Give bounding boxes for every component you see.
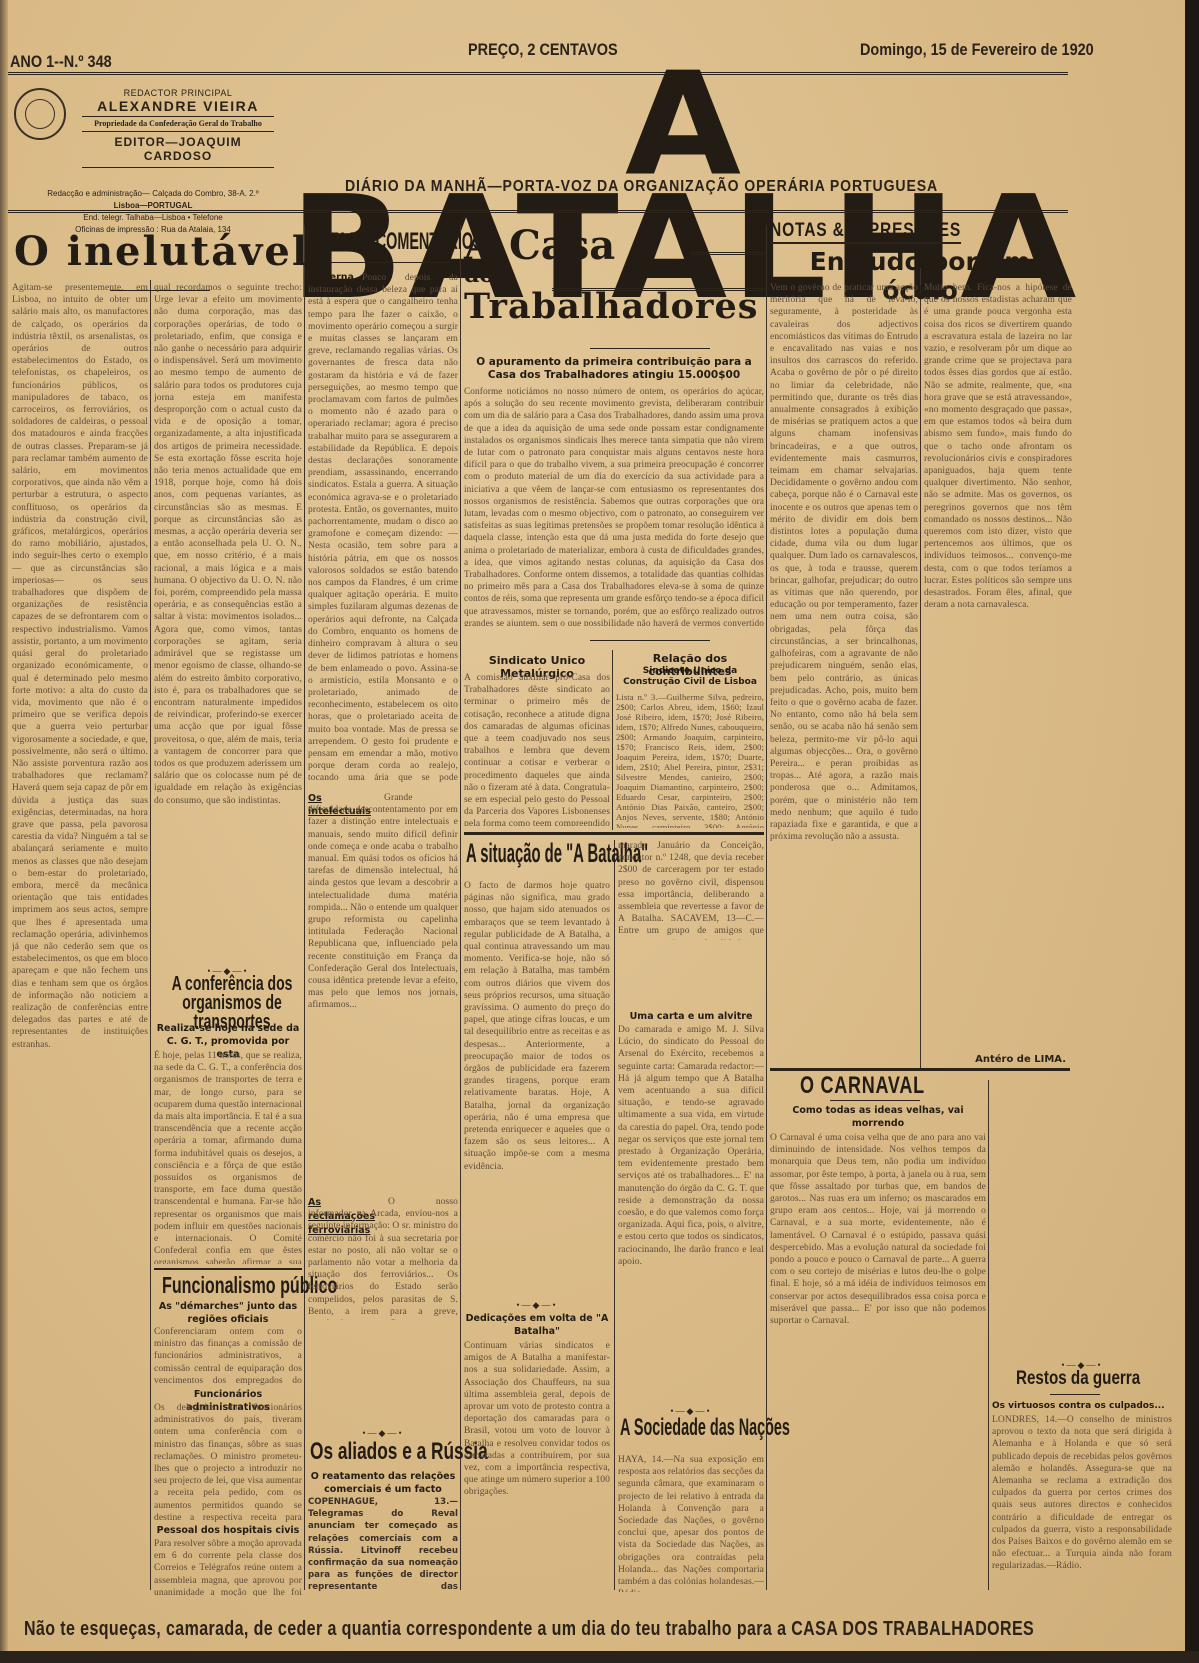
article-body: Continuam várias sindicatos e amigos de … — [464, 1340, 610, 1592]
subhead: O reatamento das relações comerciais é u… — [308, 1470, 458, 1496]
page-bottom-edge — [0, 1651, 1199, 1663]
divider — [590, 348, 710, 349]
page-right-edge — [1185, 0, 1199, 1663]
newspaper-subtitle: DIÁRIO DA MANHÃ—PORTA-VOZ DA ORGANIZAÇÃO… — [345, 178, 979, 196]
divider — [830, 1100, 920, 1101]
address-line: End. telegr. Talhaba—Lisboa • Telefone — [28, 212, 278, 224]
article-body: Para resolver sôbre a moção aprovada em … — [154, 1538, 302, 1596]
column-rule — [612, 650, 613, 830]
article-body: O Carnaval é uma coisa velha que de ano … — [770, 1132, 986, 1592]
redactor-label: REDACTOR PRINCIPAL — [82, 88, 274, 98]
price: PREÇO, 2 CENTAVOS — [468, 40, 618, 60]
headline: Os aliados e a Rússia — [310, 1438, 488, 1466]
cgt-seal-icon — [14, 88, 66, 140]
section-title: NOTAS & IMPRESSÕES — [770, 220, 961, 244]
divider — [1050, 1394, 1100, 1395]
redactor-name: ALEXANDRE VIEIRA — [82, 98, 274, 117]
masthead-bottom-rule — [8, 210, 1068, 213]
column-rule — [988, 1080, 989, 1590]
divider — [464, 832, 764, 835]
subhead: Os virtuosos contra os culpados... — [992, 1400, 1172, 1413]
headline: O CARNAVAL — [800, 1072, 925, 1100]
column-rule — [150, 280, 151, 1590]
article-body: É hoje, pelas 11 horas, que se realiza, … — [154, 1050, 302, 1264]
author-signature: Antéro de LIMA. — [924, 1054, 1066, 1065]
article-body: O nosso informador na Arcada, enviou-nos… — [308, 1196, 458, 1320]
address-line: Redacção e administração— Calçada do Com… — [28, 188, 278, 200]
subhead: As "démarches" junto das regiões oficiai… — [154, 1300, 302, 1326]
column-rule — [920, 268, 921, 1068]
column-rule — [614, 840, 615, 1590]
contributor-list: Lista n.º 3.—Guilherme Silva, pedreiro, … — [616, 692, 764, 828]
section-title: NOTAS & COMENTARIOS — [308, 228, 483, 256]
divider — [330, 262, 450, 263]
property-line: Propriedade da Confederação Geral do Tra… — [82, 119, 274, 132]
article-body: Pouco depois da instauração dessa beleza… — [308, 272, 458, 782]
divider — [690, 252, 766, 255]
footer-appeal: Não te esqueças, camarada, de ceder a qu… — [24, 1618, 952, 1641]
column-rule — [304, 225, 305, 1590]
subhead: Uma carta e um alvitre — [618, 1010, 764, 1023]
article-body: LONDRES, 14.—O conselho de ministros apr… — [992, 1414, 1172, 1592]
headline: Restos da guerra — [1016, 1368, 1140, 1390]
headline: A Sociedade das Nações — [620, 1414, 790, 1442]
page-left-edge — [0, 0, 8, 1663]
headline-line-2: dos — [464, 262, 506, 288]
article-body: Muito bem. Fica-nos a hipótese de que os… — [924, 282, 1072, 1042]
newspaper-title: A BATALHA — [285, 63, 1085, 187]
subhead: Dedicações em volta de "A Batalha" — [464, 1312, 610, 1338]
article-body: qual recordamos o seguinte trecho: Urge … — [154, 282, 302, 967]
article-body: HAYA, 14.—Na sua exposição em resposta a… — [618, 1454, 764, 1592]
ornament: •—◆—• — [464, 1300, 610, 1311]
article-body: marada Januário da Conceição, condutor n… — [618, 840, 764, 940]
subhead: Como todas as ideas velhas, vai morrendo — [770, 1104, 986, 1130]
headline: O inelutável — [14, 228, 309, 275]
article-body: Agitam-se presentemente, em Lisboa, no i… — [12, 282, 148, 1592]
article-body: A comissão auxiliar pró-Casa dos Trabalh… — [464, 672, 610, 826]
article-body: Vem o govêrno de praticar uma acção meri… — [770, 282, 918, 1062]
divider — [590, 640, 710, 641]
article-body: Os delegados dos funcionários administra… — [154, 1402, 302, 1522]
divider — [770, 1068, 1070, 1071]
issue-number: ANO 1--N.º 348 — [10, 52, 112, 72]
headline-line-3: Trabalhadores — [464, 286, 758, 327]
editor-name: EDITOR—JOAQUIM CARDOSO — [82, 135, 274, 168]
issue-date: Domingo, 15 de Fevereiro de 1920 — [860, 40, 1098, 60]
divider — [154, 1268, 302, 1270]
article-body: COPENHAGUE, 13.—Telegramas do Reval anun… — [308, 1496, 458, 1592]
article-body: Grande dificuldade descontentamento por … — [308, 792, 458, 1162]
masthead-info-block: REDACTOR PRINCIPAL ALEXANDRE VIEIRA Prop… — [8, 80, 278, 230]
article-body: O facto de darmos hoje quatro páginas nã… — [464, 880, 610, 1300]
article-body: Conforme noticiámos no nosso número de o… — [464, 386, 764, 626]
subhead: Sindicato Unico da Construção Civil de L… — [616, 666, 764, 688]
column-rule — [460, 225, 461, 1590]
subhead: Pessoal dos hospitais civis — [154, 1524, 302, 1537]
article-body: Do camarada e amigo M. J. Silva Lúcio, d… — [618, 1024, 764, 1402]
column-rule — [766, 225, 767, 1590]
article-body: Conferenciaram ontem com o ministro das … — [154, 1326, 302, 1386]
subhead: O apuramento da primeira contribuição pa… — [464, 356, 764, 382]
